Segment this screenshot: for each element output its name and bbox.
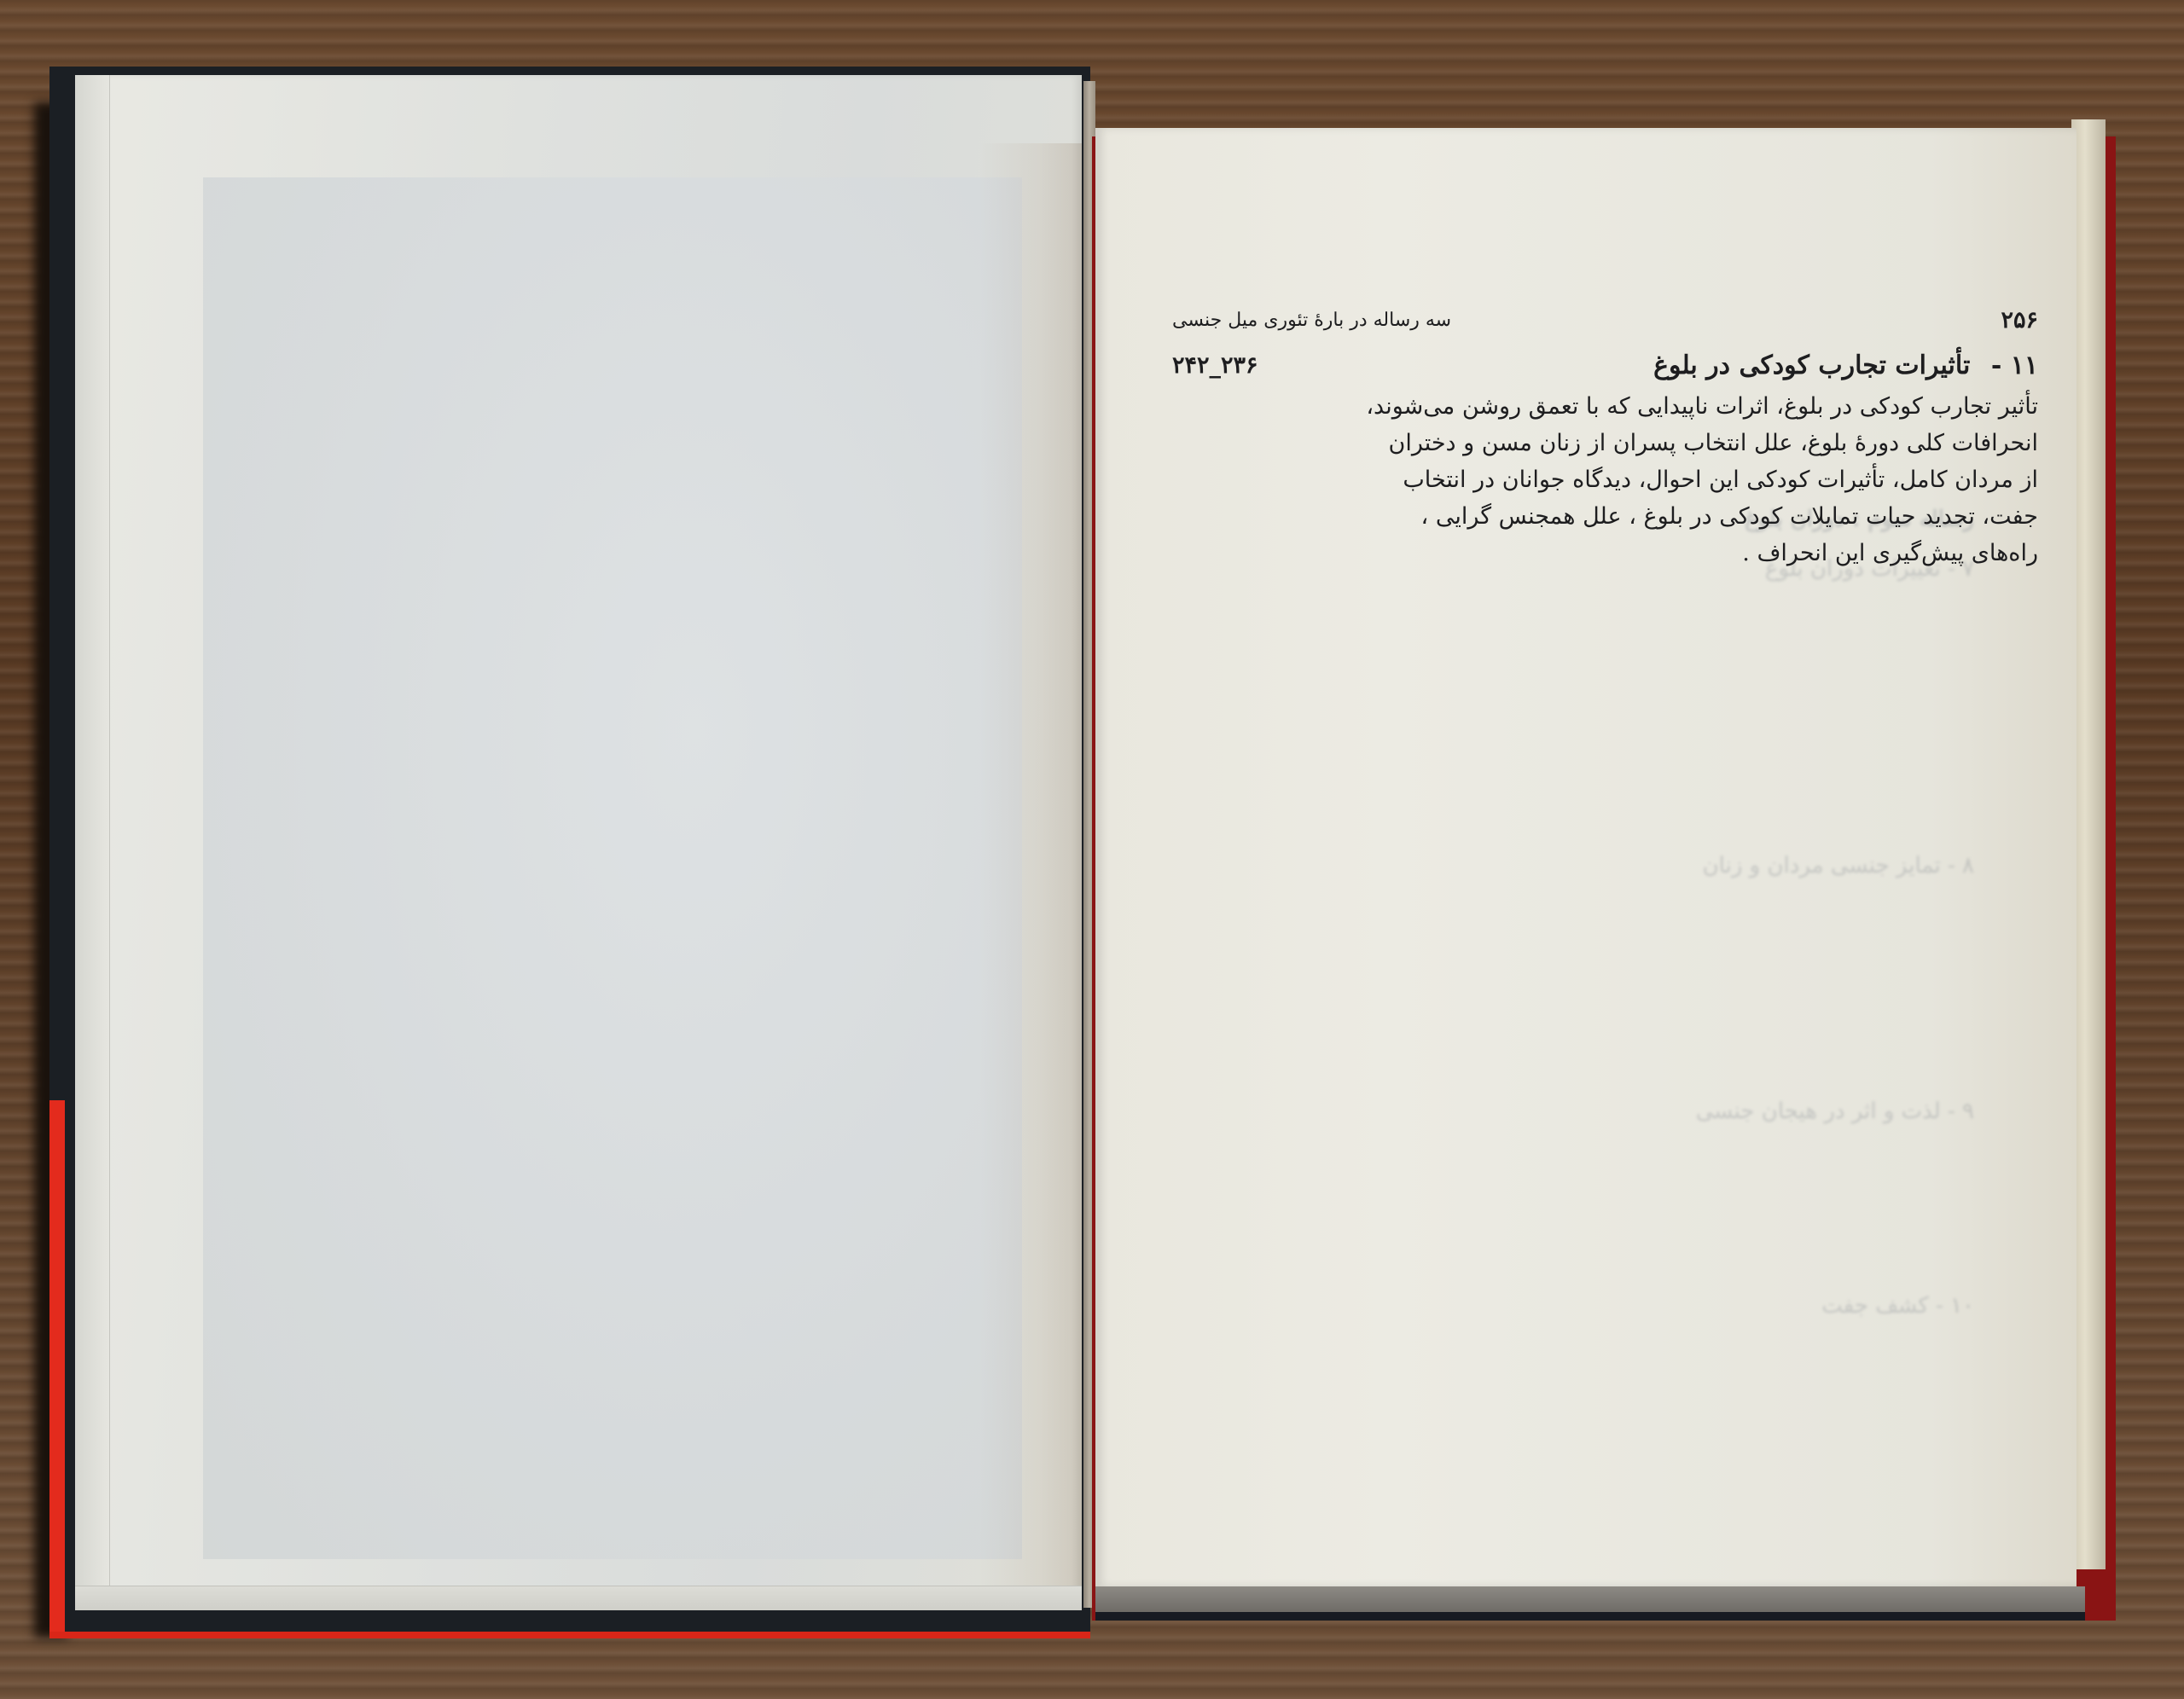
toc-entry-page-range: ۲۳۶_۲۴۲ [1172,352,1258,379]
page-block-bottom-edge [1095,1586,2085,1621]
toc-entry-number: ۱۱ - [1991,351,2038,380]
summary-line: راه‌های پیش‌گیری این انحراف . [1304,535,2038,571]
endpaper-turn-in-left [75,75,110,1610]
summary-line: از مردان کامل، تأثیرات کودکی این احوال، … [1304,461,2038,498]
left-endpaper[interactable] [75,75,1082,1610]
endpaper-sheet [203,177,1022,1559]
running-head: ۲۵۶ سه رساله در بارهٔ تئوری میل جنسی [1172,303,2038,337]
running-head-title: سه رساله در بارهٔ تئوری میل جنسی [1172,310,1451,331]
endpaper-stain [979,143,1082,1593]
cover-red-edge [49,1100,65,1632]
toc-entry-title: ۱۱ - تأثیرات تجارب کودکی در بلوغ [1653,351,2038,380]
right-page[interactable]: رساله سوم : دوران بلوغ ۷ - تغییرات دوران… [1095,128,2077,1586]
toc-entry-summary: تأثیر تجارب کودکی در بلوغ، اثرات ناپیدای… [1304,388,2038,571]
summary-line: انحرافات کلی دورهٔ بلوغ، علل انتخاب پسرا… [1304,425,2038,461]
page-number: ۲۵۶ [2001,307,2038,333]
summary-line: جفت، تجدید حیات تمایلات کودکی در بلوغ ، … [1304,498,2038,535]
toc-entry-heading: ۱۱ - تأثیرات تجارب کودکی در بلوغ ۲۳۶_۲۴۲ [1172,345,2038,385]
cover-red-bottom-edge [49,1632,1090,1638]
page-block-fore-edge [2071,119,2106,1569]
toc-entry-heading-text: تأثیرات تجارب کودکی در بلوغ [1653,351,1970,380]
summary-line: تأثیر تجارب کودکی در بلوغ، اثرات ناپیدای… [1304,388,2038,425]
endpaper-turn-in-bottom [75,1586,1082,1610]
